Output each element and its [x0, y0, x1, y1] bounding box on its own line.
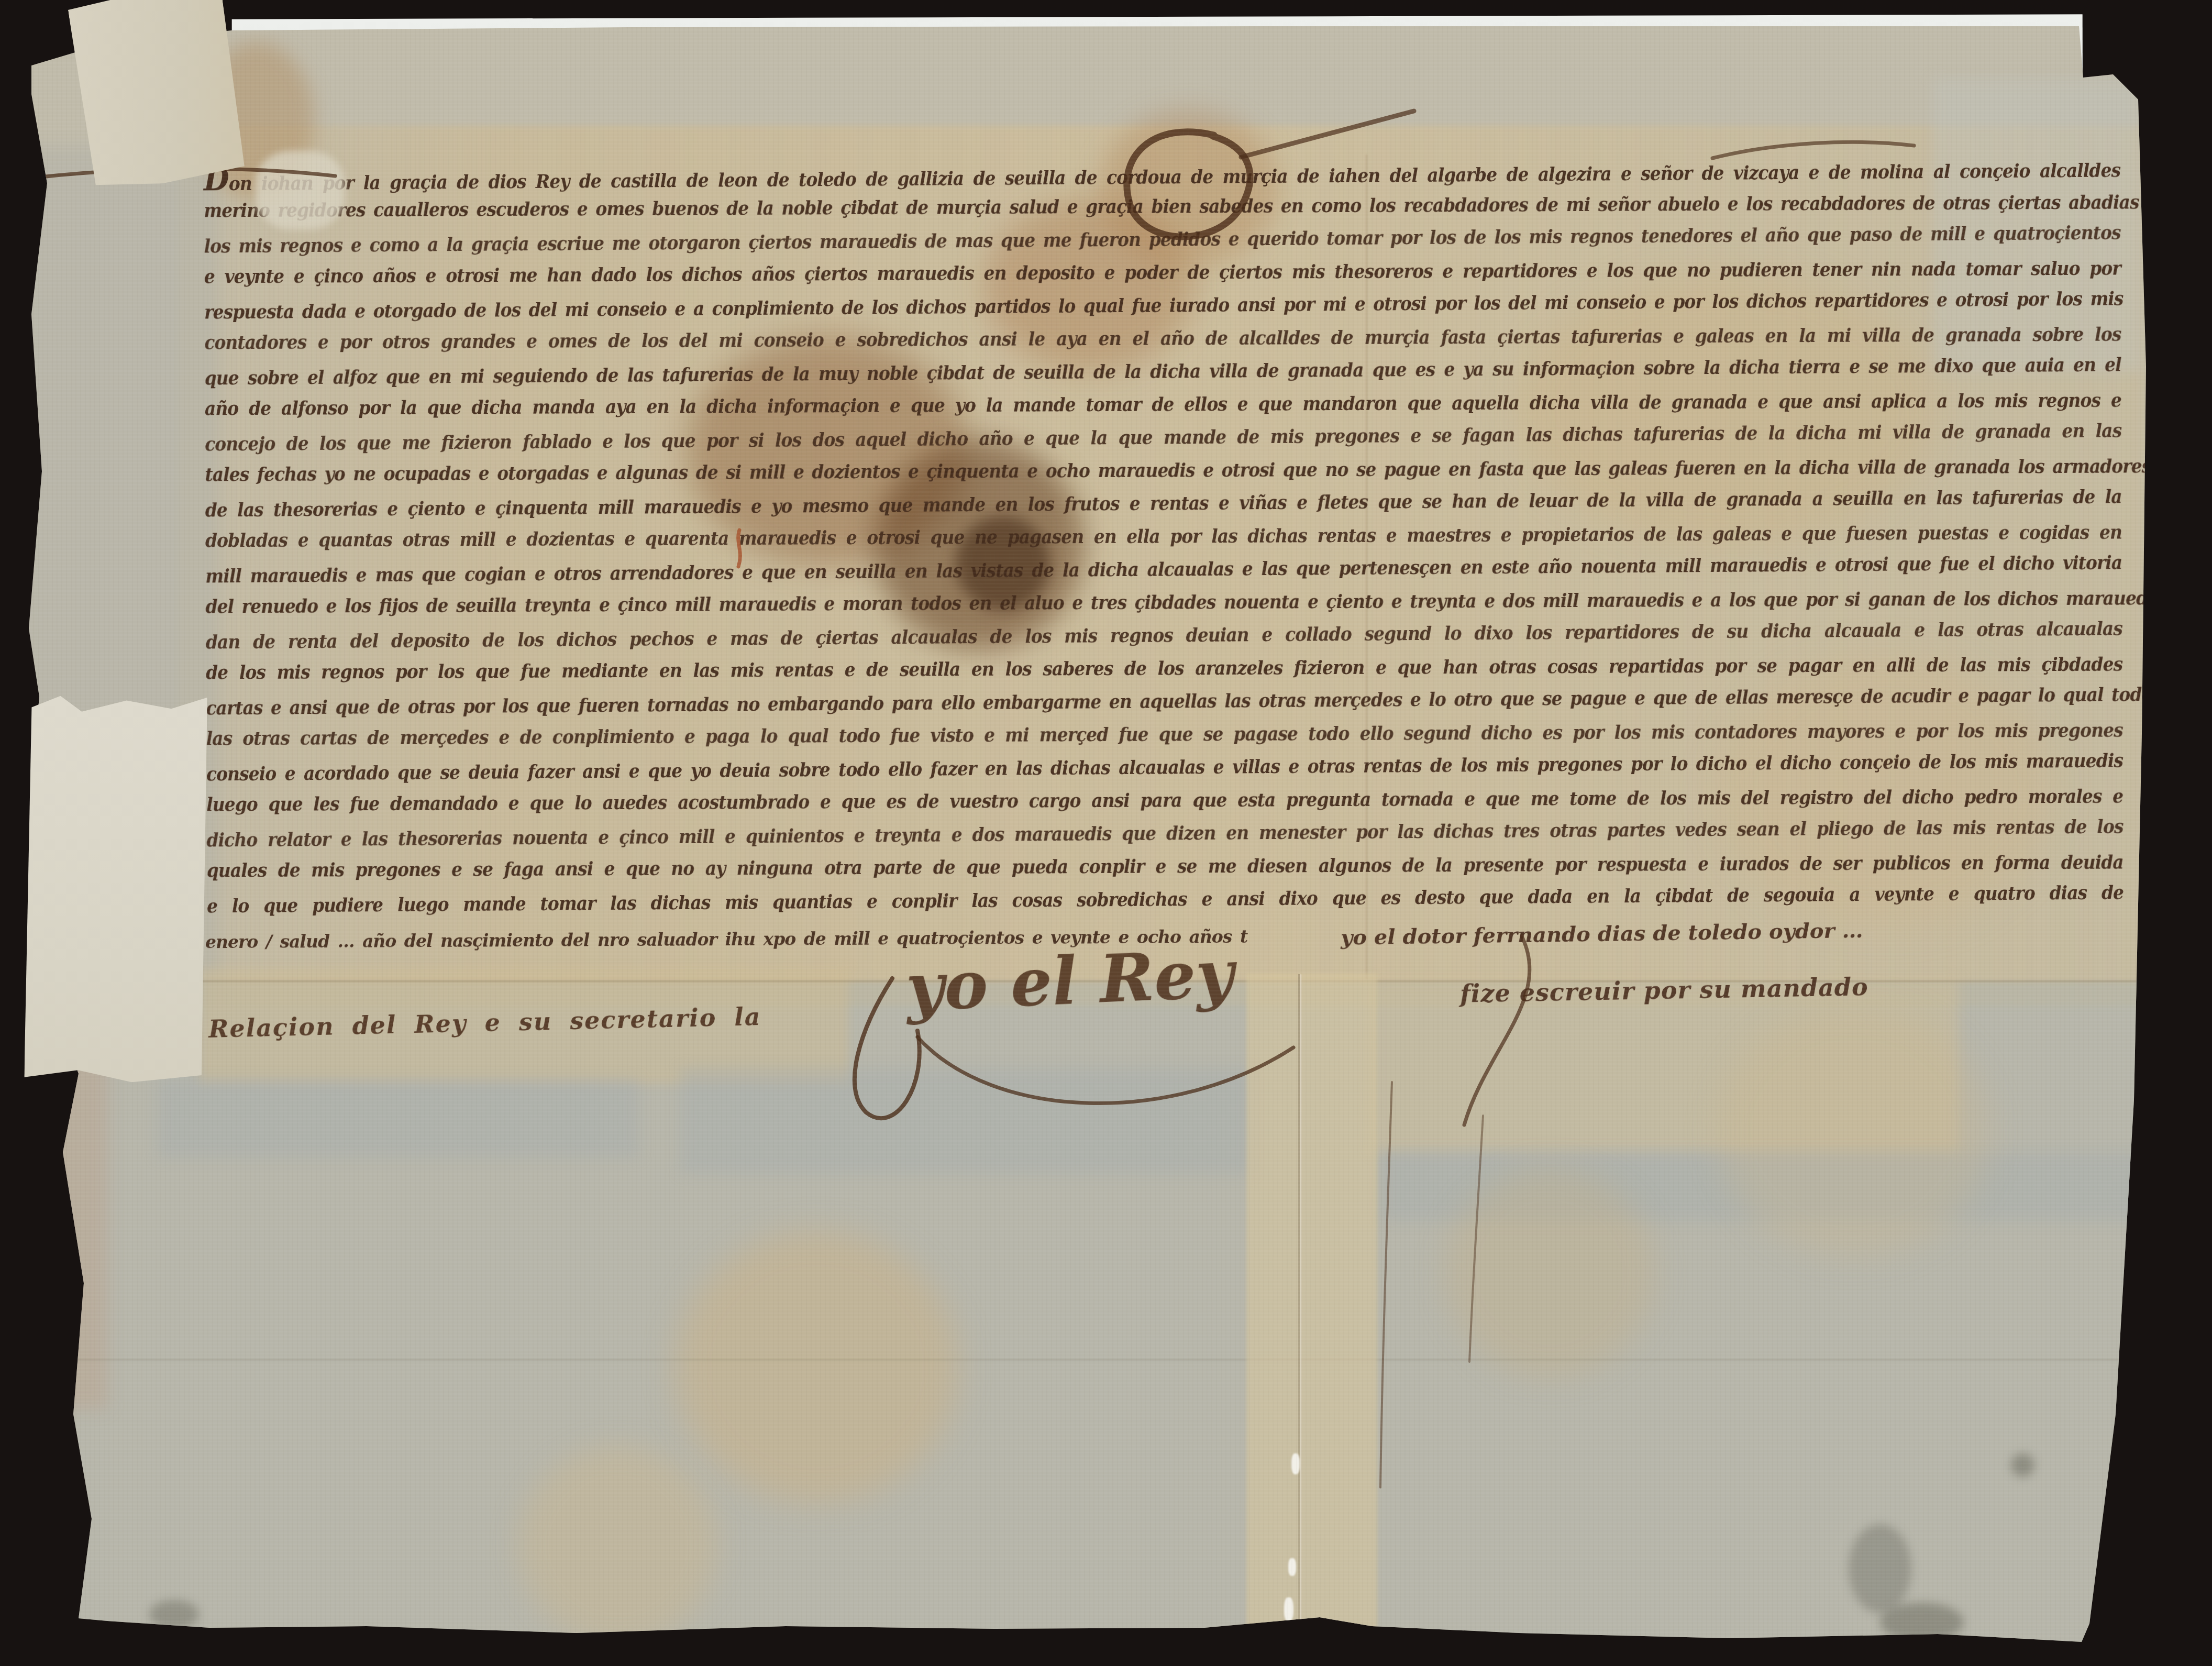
- warm-zone-signature-left: [199, 969, 848, 1084]
- smudge: [1849, 1524, 1911, 1613]
- stain: [1519, 272, 1938, 545]
- warm-discoloration-zone: [178, 126, 2147, 1006]
- chancery-note: Relaçion del Rey e su secretario la: [208, 998, 942, 1043]
- paraph-diagonal-stroke: [1241, 111, 1414, 157]
- paper-fiber-speck: [1284, 1597, 1293, 1621]
- body-text-line: mill marauedis e mas que cogian e otros …: [205, 545, 2122, 593]
- stain: [1100, 110, 1278, 267]
- body-text-line: tales fechas yo ne ocupadas e otorgadas …: [205, 449, 2121, 492]
- dating-clause-line: enero / salud … año del nasçimiento del …: [205, 920, 1258, 959]
- smudge: [2011, 1453, 2034, 1477]
- vertical-fold-crease: [1366, 155, 1367, 979]
- rubric-descender: [1469, 1116, 1483, 1362]
- body-text-line: merino regidores caualleros escuderos e …: [204, 185, 2120, 228]
- body-text-line: e lo que pudiere luego mande tomar las d…: [207, 875, 2123, 923]
- tape-patch-top-left: [67, 0, 247, 193]
- body-text-line: de los mis regnos por los que fue median…: [206, 647, 2122, 690]
- body-text-line: los mis regnos e como a la graçia escriu…: [204, 215, 2120, 263]
- vertical-fold-strip: [1246, 973, 1377, 1643]
- horizontal-fold-crease: [37, 980, 2137, 982]
- body-text-line: dobladas e quantas otras mill e dozienta…: [205, 515, 2122, 558]
- stain: [1445, 1168, 1655, 1377]
- red-ink-mark: [738, 530, 740, 567]
- paper-fiber-speck: [1291, 1453, 1300, 1474]
- rubric-descender: [1380, 1082, 1392, 1487]
- body-text-line: cartas e ansi que de otras por los que f…: [206, 677, 2122, 725]
- stain: [518, 1446, 717, 1645]
- body-text-line: e veynte e çinco años e otrosi me han da…: [204, 251, 2121, 294]
- paper-fiber-speck: [1288, 1558, 1296, 1576]
- thin-paper-patch: [157, 1079, 639, 1157]
- smudge: [149, 1600, 199, 1629]
- thin-paper-patch: [681, 1068, 1252, 1173]
- signature-tail-flourish: [917, 1037, 1293, 1104]
- thin-paper-patch: [1932, 79, 2142, 372]
- royal-signature: yo el Rey: [904, 935, 1235, 1026]
- fold-seam: [1298, 974, 1300, 1642]
- body-text-line: del renuedo e los fijos de seuilla treyn…: [205, 581, 2122, 624]
- stain: [1718, 655, 2053, 927]
- thin-paper-patch: [1382, 1152, 2168, 1220]
- body-text-line: dicho relator e las thesorerias nouenta …: [206, 809, 2123, 857]
- paper-lacuna: [256, 151, 345, 229]
- stain: [686, 335, 969, 566]
- body-text-line: concejo de los que me fizieron fablado e…: [205, 413, 2121, 461]
- flourish-dash: [1712, 142, 1914, 158]
- notary-subscription-line2: fize escreuir por su mandado: [1460, 970, 1984, 1008]
- warm-zone-signature-right: [1372, 979, 1959, 1152]
- repair-patch-left-edge: [24, 696, 207, 1083]
- manuscript-sheet: Don iohan por la graçia de dios Rey de c…: [0, 0, 2212, 1666]
- smudge: [1880, 1603, 1964, 1642]
- body-text-line: Don iohan por la graçia de dios Rey de c…: [204, 149, 2120, 197]
- paraph-O-flourish: [1127, 132, 1250, 237]
- body-text-line: dan de renta del deposito de los dichos …: [206, 611, 2122, 659]
- pen-flourishes: [0, 0, 2212, 1666]
- body-text-line: conseio e acordado que se deuia fazer an…: [206, 743, 2123, 791]
- stain: [956, 516, 1050, 610]
- edge-discoloration: [29, 1021, 107, 1409]
- stain: [875, 440, 1084, 649]
- body-text-line: respuesta dada e otorgado de los del mi …: [204, 281, 2121, 329]
- body-text-line: las otras cartas de merçedes e de conpli…: [206, 713, 2123, 756]
- stain: [676, 1231, 958, 1503]
- rubric-swash: [1464, 936, 1530, 1125]
- stain: [1718, 1006, 1990, 1257]
- cool-zone-bottom: [21, 982, 2147, 1647]
- notary-subscription-line1: yo el dotor ferrnando dias de toledo oyd…: [1341, 914, 2142, 950]
- body-text-line: contadores e por otros grandes e omes de…: [204, 317, 2121, 360]
- body-text-line: luego que les fue demandado e que lo aue…: [206, 779, 2123, 822]
- horizontal-fold-crease: [37, 1359, 2137, 1361]
- body-text-line: de las thesorerias e çiento e çinquenta …: [205, 479, 2122, 527]
- stain: [985, 199, 1194, 372]
- body-text-line: quales de mis pregones e se faga ansi e …: [207, 845, 2123, 888]
- body-text-line: año de alfonso por la que dicha manda ay…: [205, 383, 2121, 426]
- signature-loop-flourish: [855, 978, 920, 1118]
- body-text-block: Don iohan por la graçia de dios Rey de c…: [204, 153, 2123, 920]
- manuscript-photograph: Don iohan por la graçia de dios Rey de c…: [0, 0, 2212, 1666]
- body-text-line: que sobre el alfoz que en mi seguiendo d…: [204, 347, 2121, 395]
